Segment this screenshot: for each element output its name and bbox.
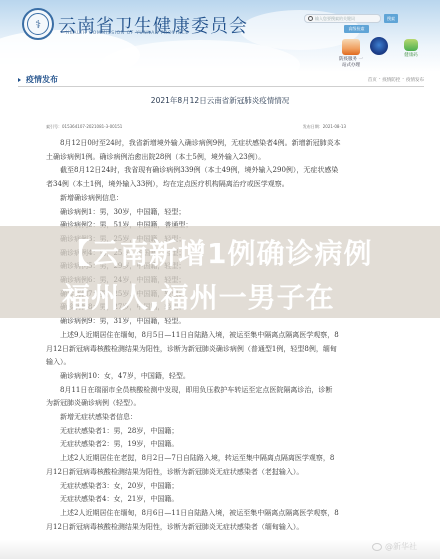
breadcrumb-home[interactable]: 首页 [368, 77, 377, 83]
weibo-icon [372, 543, 382, 551]
paragraph: 为新冠肺炎确诊病例（轻型）。 [46, 397, 396, 411]
search-button[interactable]: 搜索 [384, 14, 398, 23]
paragraph: 月12日新冠病毒核酸检测结果为阳性，诊断为新冠肺炎无症状感染者（缅甸输入）。 [46, 521, 396, 535]
breadcrumb-release[interactable]: 疫情发布 [406, 77, 424, 83]
paragraph: 无症状感染者1：男，28岁，中国籍； [46, 425, 396, 439]
headline-line-1: 【云南新增1例确诊病例 [62, 232, 372, 272]
section-header: 疫情发布 首页 - 疫情防控 - 疫情发布 [18, 73, 424, 87]
publish-date: 发布日期：2021-08-13 [303, 124, 346, 130]
paragraph: 无症状感染者4：女，21岁，中国籍。 [46, 493, 396, 507]
article-meta: 索引号：015364107-2021081-3-00151 发布日期：2021-… [46, 124, 346, 130]
paragraph: 无症状感染者2：男，19岁，中国籍。 [46, 438, 396, 452]
search-input[interactable]: 输入您要搜索的关键词 [304, 14, 381, 23]
breadcrumb-prevention[interactable]: 疫情防控 [382, 77, 400, 83]
paragraph: 8月11日在瑞丽市全员核酸检测中发现，即用负压救护车转运至定点医院隔离诊治，诊断 [46, 384, 396, 398]
triangle-bullet-icon [18, 78, 21, 82]
paragraph: 无症状感染者3：女，20岁，中国籍； [46, 480, 396, 494]
paragraph: 新增无症状感染者信息： [46, 411, 396, 425]
index-number: 索引号：015364107-2021081-3-00151 [46, 124, 122, 130]
paragraph: 上述9人近期居住在缅甸，8月5日—11日自陆路入境，被运至集中隔离点隔离医学观察… [46, 329, 396, 343]
paragraph: 土确诊病例1例。确诊病例治愈出院28例（本土5例，境外输入23例）。 [46, 151, 396, 165]
breadcrumb-separator: - [402, 77, 404, 83]
breadcrumb-separator: - [379, 77, 381, 83]
paragraph: 月12日新冠病毒核酸检测结果为阳性，诊断为新冠肺炎无症状感染者（老挝输入）。 [46, 466, 396, 480]
paragraph: 月12日新冠病毒核酸检测结果为阳性，诊断为新冠肺炎确诊病例（普通型1例，轻型8例… [46, 343, 396, 357]
watermark-text: @新华社 [385, 541, 417, 552]
paragraph: 确诊病例1：男，30岁，中国籍，轻型； [46, 206, 396, 220]
article-title: 2021年8月12日云南省新冠肺炎疫情情况 [0, 95, 440, 106]
paragraph: 者34例（本土1例，境外输入33例），均在定点医疗机构隔离治疗或医学观察。 [46, 178, 396, 192]
paragraph: 确诊病例10：女，47岁，中国籍，轻型。 [46, 370, 396, 384]
paragraph: 新增确诊病例信息： [46, 192, 396, 206]
emblem-icon[interactable] [370, 37, 388, 55]
section-title-text: 疫情发布 [26, 74, 58, 85]
article-body: 8月12日0时至24时，我省新增境外输入确诊病例9例，无症状感染者4例。新增新冠… [46, 137, 396, 534]
health-code-icon[interactable] [404, 39, 418, 51]
quick-link-label[interactable]: 防疫服务 一站式办理 [338, 57, 364, 69]
service-icon[interactable] [342, 39, 360, 55]
breadcrumb: 首页 - 疫情防控 - 疫情发布 [368, 77, 424, 83]
site-header-banner: ⚕ 云南省卫生健康委员会 HEALTH COMMISSION OF YUNNAN… [0, 0, 440, 72]
headline-line-2: 福州人,福州一男子在 [62, 276, 335, 316]
watermark: @新华社 [372, 541, 417, 552]
site-subtitle: HEALTH COMMISSION OF YUNNAN PROVINCE [66, 31, 189, 36]
paragraph: 上述2人近期居住在缅甸，8月6日—11日自陆路入境，被运至集中隔离点隔离医学观察… [46, 507, 396, 521]
health-commission-logo[interactable]: ⚕ [22, 8, 54, 40]
caduceus-icon: ⚕ [27, 13, 49, 35]
paragraph: 输入）。 [46, 356, 396, 370]
paragraph: 截至8月12日24时，我省现有确诊病例339例（本土49例，境外输入290例），… [46, 164, 396, 178]
search-icon [308, 16, 313, 21]
advanced-search-button[interactable]: 高级检索 [344, 25, 369, 33]
headline-overlay: 【云南新增1例确诊病例 福州人,福州一男子在 [0, 226, 440, 318]
quick-link-label[interactable]: 健康码 [396, 53, 426, 59]
search-placeholder: 输入您要搜索的关键词 [315, 16, 355, 22]
paragraph: 上述2人近期居住在老挝，8月2日—7日自陆路入境，转运至集中隔离点隔离医学观察，… [46, 452, 396, 466]
section-title: 疫情发布 [18, 74, 58, 85]
paragraph: 8月12日0时至24时，我省新增境外输入确诊病例9例，无症状感染者4例。新增新冠… [46, 137, 396, 151]
